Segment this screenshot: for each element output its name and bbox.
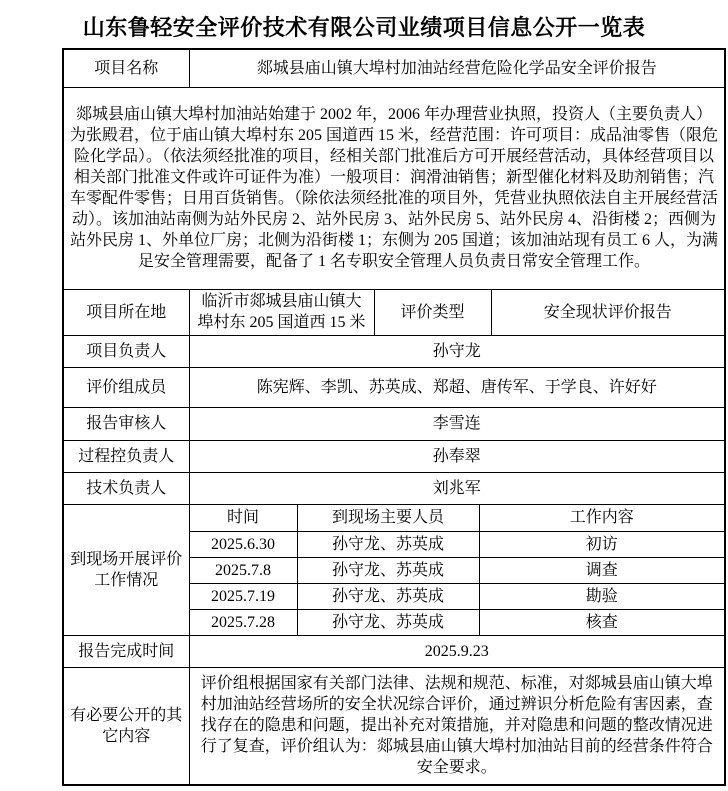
visit-date: 2025.6.30 xyxy=(189,531,297,557)
row-project-leader: 项目负责人 孙守龙 xyxy=(63,335,725,367)
process-control-value: 孙奉翠 xyxy=(189,440,725,472)
row-eval-team: 评价组成员 陈宪辉、李凯、苏英成、郑超、唐传军、于学良、许好好 xyxy=(63,367,725,407)
visit-work: 核查 xyxy=(479,609,725,635)
visit-work: 调查 xyxy=(479,557,725,583)
visit-date: 2025.7.8 xyxy=(189,557,297,583)
row-project-overview: 郯城县庙山镇大埠村加油站始建于 2002 年，2006 年办理营业执照，投资人（… xyxy=(63,87,725,289)
eval-type-value: 安全现状评价报告 xyxy=(491,289,725,335)
visit-work: 勘验 xyxy=(479,583,725,609)
row-tech-leader: 技术负责人 刘兆军 xyxy=(63,472,725,504)
project-leader-label: 项目负责人 xyxy=(63,335,189,367)
row-other-content: 有必要公开的其它内容 评价组根据国家有关部门法律、法规和规范、标准，对郯城县庙山… xyxy=(63,667,725,785)
site-work-label: 到现场开展评价工作情况 xyxy=(63,504,189,635)
visit-people: 孙守龙、苏英成 xyxy=(297,583,479,609)
tech-leader-value: 刘兆军 xyxy=(189,472,725,504)
row-site-work-header: 到现场开展评价工作情况 时间 到现场主要人员 工作内容 xyxy=(63,504,725,531)
visit-date: 2025.7.28 xyxy=(189,609,297,635)
row-completion-date: 报告完成时间 2025.9.23 xyxy=(63,635,725,667)
completion-date-value: 2025.9.23 xyxy=(189,635,725,667)
project-leader-value: 孙守龙 xyxy=(189,335,725,367)
project-overview-text: 郯城县庙山镇大埠村加油站始建于 2002 年，2006 年办理营业执照，投资人（… xyxy=(63,87,725,289)
visit-work: 初访 xyxy=(479,531,725,557)
project-name-value: 郯城县庙山镇大埠村加油站经营危险化学品安全评价报告 xyxy=(189,49,725,87)
other-content-value: 评价组根据国家有关部门法律、法规和规范、标准，对郯城县庙山镇大埠村加油站经营场所… xyxy=(189,667,725,785)
page-title: 山东鲁轻安全评价技术有限公司业绩项目信息公开一览表 xyxy=(0,0,728,42)
visit-people: 孙守龙、苏英成 xyxy=(297,557,479,583)
project-info-table: 项目名称 郯城县庙山镇大埠村加油站经营危险化学品安全评价报告 郯城县庙山镇大埠村… xyxy=(62,48,726,786)
project-name-label: 项目名称 xyxy=(63,49,189,87)
visit-people: 孙守龙、苏英成 xyxy=(297,531,479,557)
document-page: 山东鲁轻安全评价技术有限公司业绩项目信息公开一览表 项目名称 郯城县庙山镇大埠村… xyxy=(0,0,728,791)
completion-date-label: 报告完成时间 xyxy=(63,635,189,667)
process-control-label: 过程控负责人 xyxy=(63,440,189,472)
location-value: 临沂市郯城县庙山镇大埠村东 205 国道西 15 米 xyxy=(189,289,374,335)
site-col-time: 时间 xyxy=(189,504,297,531)
other-content-label: 有必要公开的其它内容 xyxy=(63,667,189,785)
row-process-control: 过程控负责人 孙奉翠 xyxy=(63,440,725,472)
visit-date: 2025.7.19 xyxy=(189,583,297,609)
report-reviewer-value: 李雪连 xyxy=(189,407,725,440)
site-col-work: 工作内容 xyxy=(479,504,725,531)
site-col-people: 到现场主要人员 xyxy=(297,504,479,531)
tech-leader-label: 技术负责人 xyxy=(63,472,189,504)
report-reviewer-label: 报告审核人 xyxy=(63,407,189,440)
row-report-reviewer: 报告审核人 李雪连 xyxy=(63,407,725,440)
location-label: 项目所在地 xyxy=(63,289,189,335)
visit-people: 孙守龙、苏英成 xyxy=(297,609,479,635)
eval-team-label: 评价组成员 xyxy=(63,367,189,407)
row-location: 项目所在地 临沂市郯城县庙山镇大埠村东 205 国道西 15 米 评价类型 安全… xyxy=(63,289,725,335)
eval-type-label: 评价类型 xyxy=(374,289,491,335)
row-project-name: 项目名称 郯城县庙山镇大埠村加油站经营危险化学品安全评价报告 xyxy=(63,49,725,87)
eval-team-value: 陈宪辉、李凯、苏英成、郑超、唐传军、于学良、许好好 xyxy=(189,367,725,407)
